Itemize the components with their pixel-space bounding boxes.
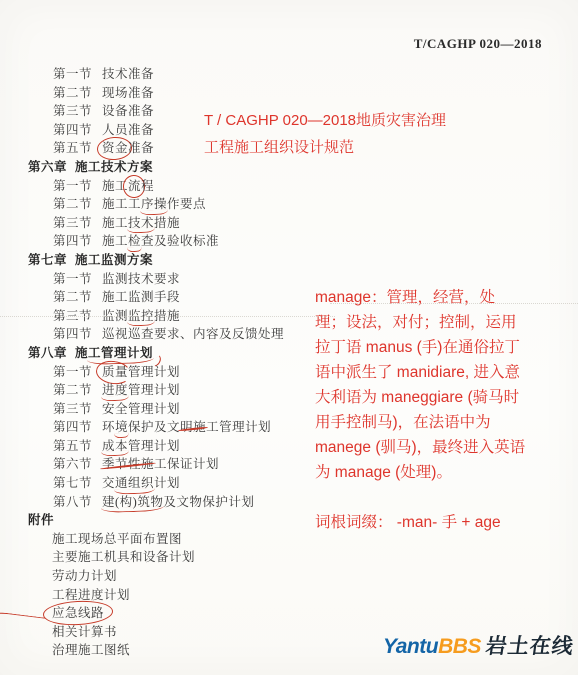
logo-bbs-text: BBS	[438, 635, 481, 658]
manage-note-line: 用手控制马)，在法语中为	[315, 410, 525, 435]
toc-text-redmark: 季节性施	[102, 455, 154, 474]
toc-line: 第四节环境保护及文明施工管理计划	[0, 418, 345, 437]
toc-label: 第二节	[53, 195, 92, 214]
toc-title: 设备准备	[102, 104, 154, 118]
toc-text: 施工监测方案	[75, 251, 153, 270]
toc-line: 第一节技术准备	[0, 65, 345, 84]
toc-label: 第一节	[53, 363, 92, 382]
toc-line: 第一节监测技术要求	[0, 270, 345, 289]
toc-title: 劳动力计划	[52, 569, 117, 583]
toc-text: 查及验收标准	[141, 232, 219, 251]
toc-text: 主要施工机具和设备计划	[52, 548, 195, 567]
toc-title: 施工工序操作要点	[102, 197, 206, 211]
toc-line: 施工现场总平面布置图	[0, 530, 345, 549]
toc-text: 计划	[154, 474, 180, 493]
toc-title: 交通组织计划	[102, 476, 180, 490]
toc-line: 第四节施工检查及验收标准	[0, 232, 345, 251]
manage-note-line: 理；设法，对付；控制，运用	[315, 310, 525, 335]
toc-label: 第三节	[53, 214, 92, 233]
manage-note-line: 为 manage (处理)。	[315, 460, 525, 485]
toc-label: 第八章	[28, 344, 67, 363]
toc-text: 管理计划	[128, 363, 180, 382]
standard-code-header: T/CAGHP 020—2018	[414, 36, 542, 52]
manage-note-line: manege (驯马)，最终进入英语	[315, 435, 525, 460]
toc-label: 第四节	[53, 418, 92, 437]
toc-text-redmark: 通组织	[115, 474, 154, 493]
toc-title: 施工管理计划	[75, 346, 153, 360]
toc-text-redmark: 工管理计划	[88, 344, 153, 363]
scanned-document-page: T/CAGHP 020—2018 第一节技术准备第二节现场准备第三节设备准备第四…	[0, 0, 578, 675]
manage-note-line: 拉丁语 manus (手)在通俗拉丁	[315, 335, 525, 360]
toc-line: 第一节施工流程	[0, 177, 345, 196]
toc-line: 第二节现场准备	[0, 84, 345, 103]
manage-note-line: 语中派生了 manidiare, 进入意	[315, 360, 525, 385]
toc-text-redmark: 明施	[180, 418, 206, 437]
toc-title: 主要施工机具和设备计划	[52, 550, 195, 564]
toc-line: 第四节巡视巡查要求、内容及反馈处理	[0, 325, 345, 344]
toc-line: 劳动力计划	[0, 567, 345, 586]
toc-text-redmark: 建(构)筑物	[102, 493, 163, 512]
toc-title: 施工现场总平面布置图	[52, 532, 182, 546]
toc-text: 工保证计划	[154, 455, 219, 474]
toc-text: 施工现场总平面布置图	[52, 530, 182, 549]
toc-label: 第二节	[53, 381, 92, 400]
word-root-line: 词根词缀： -man- 手 + age	[315, 510, 525, 535]
toc-text: 施工	[102, 232, 128, 251]
scan-fold-artifact	[330, 303, 578, 304]
toc-text-redmark: 序操	[141, 195, 167, 214]
toc-title: 巡视巡查要求、内容及反馈处理	[102, 327, 284, 341]
toc-text: 保护及文	[128, 418, 180, 437]
toc-title: 成本管理计划	[102, 439, 180, 453]
toc-label: 第三节	[53, 400, 92, 419]
toc-label: 第四节	[53, 121, 92, 140]
toc-title: 治理施工图纸	[52, 643, 130, 657]
toc-line: 应急线路	[0, 604, 345, 623]
toc-text: 及文物保护计划	[163, 493, 254, 512]
toc-text: 现场准备	[102, 84, 154, 103]
toc-title: 环境保护及文明施工管理计划	[102, 420, 271, 434]
toc-text: 施工监测手段	[102, 288, 180, 307]
toc-label: 第四节	[53, 325, 92, 344]
toc-line: 第八节建(构)筑物及文物保护计划	[0, 493, 345, 512]
toc-label: 第八节	[53, 493, 92, 512]
toc-label: 第六章	[28, 158, 67, 177]
toc-label: 第三节	[53, 102, 92, 121]
toc-label: 第一节	[53, 65, 92, 84]
toc-title: 相关计算书	[52, 625, 117, 639]
toc-text-redmark: 境	[115, 418, 128, 437]
toc-label: 第一节	[53, 177, 92, 196]
toc-text: 准备	[128, 139, 154, 158]
toc-text: 工管理计划	[206, 418, 271, 437]
toc-label: 第二节	[53, 84, 92, 103]
toc-text-redmark: 流	[128, 177, 141, 196]
toc-text: 程	[141, 177, 154, 196]
manage-note-line: 大利语为 maneggiare (骑马时	[315, 385, 525, 410]
toc-title: 施工监测方案	[75, 253, 153, 267]
toc-line: 第三节施工技术措施	[0, 214, 345, 233]
toc-line: 第六节季节性施工保证计划	[0, 455, 345, 474]
toc-line: 附件	[0, 511, 345, 530]
toc-title: 进度管理计划	[102, 383, 180, 397]
toc-line: 第七节交通组织计划	[0, 474, 345, 493]
toc-line: 主要施工机具和设备计划	[0, 548, 345, 567]
toc-title: 施工检查及验收标准	[102, 234, 219, 248]
toc-text: 措施	[154, 214, 180, 233]
toc-title: 应急线路	[52, 606, 104, 620]
toc-label: 第六节	[53, 455, 92, 474]
toc-line: 第八章施工管理计划	[0, 344, 345, 363]
toc-label: 第五节	[53, 139, 92, 158]
toc-text-redmark: 检	[128, 232, 141, 251]
toc-line: 第七章施工监测方案	[0, 251, 345, 270]
toc-title: 资金准备	[102, 141, 154, 155]
toc-text: 施工	[102, 214, 128, 233]
toc-text: 技术准备	[102, 65, 154, 84]
toc-text-redmark: 成本	[102, 437, 128, 456]
toc-text: 相关计算书	[52, 623, 117, 642]
logo-yantu-text: Yantu	[383, 635, 438, 658]
toc-title: 技术准备	[102, 67, 154, 81]
toc-title: 工程进度计划	[52, 588, 130, 602]
toc-title: 质量管理计划	[102, 365, 180, 379]
logo-chinese-text: 岩土在线	[484, 630, 576, 660]
toc-title: 季节性施工保证计划	[102, 457, 219, 471]
toc-line: 第二节施工工序操作要点	[0, 195, 345, 214]
toc-line: 第一节质量管理计划	[0, 363, 345, 382]
toc-label: 第七节	[53, 474, 92, 493]
toc-label: 第四节	[53, 232, 92, 251]
red-title-line1: T / CAGHP 020—2018地质灾害治理	[204, 107, 446, 134]
toc-text: 巡视巡查要求、内容及反馈处理	[102, 325, 284, 344]
toc-line: 第二节施工监测手段	[0, 288, 345, 307]
toc-line: 第二节进度管理计划	[0, 381, 345, 400]
toc-line: 治理施工图纸	[0, 641, 345, 660]
toc-label: 第一节	[53, 270, 92, 289]
toc-label: 第五节	[53, 437, 92, 456]
toc-title: 施工技术方案	[75, 160, 153, 174]
toc-line: 工程进度计划	[0, 586, 345, 605]
toc-label: 附件	[28, 511, 54, 530]
manage-note-lines: manage：管理，经营，处理；设法，对付；控制，运用拉丁语 manus (手)…	[315, 285, 525, 485]
toc-text: 施工技术方案	[75, 158, 153, 177]
red-title-line2: 工程施工组织设计规范	[204, 134, 446, 161]
toc-text: 治理施工图纸	[52, 641, 130, 660]
toc-title: 监测技术要求	[102, 272, 180, 286]
toc-text-redmark: 应急线路	[52, 604, 104, 623]
toc-title: 安全管理计划	[102, 402, 180, 416]
toc-label: 第二节	[53, 288, 92, 307]
toc-line: 相关计算书	[0, 623, 345, 642]
toc-title: 施工监测手段	[102, 290, 180, 304]
red-title-annotation: T / CAGHP 020—2018地质灾害治理 工程施工组织设计规范	[204, 107, 446, 161]
toc-text: 劳动力计划	[52, 567, 117, 586]
toc-title: 建(构)筑物及文物保护计划	[102, 495, 254, 509]
toc-title: 人员准备	[102, 123, 154, 137]
toc-line: 第三节安全管理计划	[0, 400, 345, 419]
toc-line: 第五节成本管理计划	[0, 437, 345, 456]
scan-fold-artifact	[0, 316, 335, 317]
toc-text-redmark: 质量	[102, 363, 128, 382]
toc-text: 管理计划	[128, 437, 180, 456]
manage-note-line: manage：管理，经营，处	[315, 285, 525, 310]
toc-title: 现场准备	[102, 86, 154, 100]
toc-text: 管理计划	[128, 381, 180, 400]
toc-text: 作要点	[167, 195, 206, 214]
toc-text-redmark: 资金	[102, 139, 128, 158]
toc-text-redmark: 技术	[128, 214, 154, 233]
toc-label: 第七章	[28, 251, 67, 270]
toc-text: 施工工	[102, 195, 141, 214]
yantubbs-watermark-logo: YantuBBS岩土在线	[383, 630, 574, 660]
toc-text-redmark: 进度	[102, 381, 128, 400]
toc-text: 监测技术要求	[102, 270, 180, 289]
toc-text: 设备准备	[102, 102, 154, 121]
manage-etymology-note: manage：管理，经营，处理；设法，对付；控制，运用拉丁语 manus (手)…	[315, 285, 525, 535]
toc-text: 安全管理计划	[102, 400, 180, 419]
toc-title: 施工技术措施	[102, 216, 180, 230]
toc-title: 施工流程	[102, 179, 154, 193]
